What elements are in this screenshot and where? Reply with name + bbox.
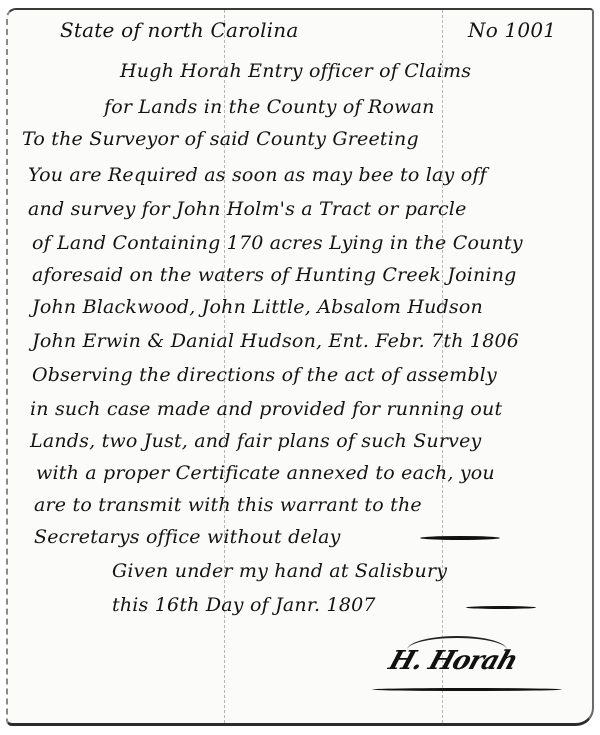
text-line-13: with a proper Certificate annexed to eac… [36, 462, 495, 484]
text-line-4: You are Required as soon as may bee to l… [28, 164, 487, 186]
text-line-1: Hugh Horah Entry officer of Claims [120, 60, 471, 82]
text-line-14: are to transmit with this warrant to the [34, 494, 422, 516]
text-line-9: John Erwin & Danial Hudson, Ent. Febr. 7… [32, 330, 519, 352]
text-line-7: aforesaid on the waters of Hunting Creek… [32, 264, 517, 286]
text-line-15: Secretarys office without delay [34, 526, 341, 548]
text-line-3: To the Surveyor of said County Greeting [22, 128, 419, 150]
flourish-mark [420, 536, 500, 540]
text-line-2: for Lands in the County of Rowan [104, 96, 435, 118]
text-line-8: John Blackwood, John Little, Absalom Hud… [32, 296, 483, 318]
signature-text: H. Horah [385, 646, 521, 676]
text-line-10: Observing the directions of the act of a… [32, 364, 497, 386]
signature: H. Horah [372, 636, 522, 696]
text-line-11: in such case made and provided for runni… [30, 398, 502, 420]
flourish-mark [466, 606, 536, 609]
closing-line-1: Given under my hand at Salisbury [112, 560, 447, 582]
state-heading: State of north Carolina [60, 18, 298, 42]
signature-underline [372, 688, 562, 691]
closing-line-2: this 16th Day of Janr. 1807 [112, 594, 376, 616]
warrant-number: No 1001 [468, 18, 556, 42]
text-line-6: of Land Containing 170 acres Lying in th… [32, 232, 523, 254]
text-line-5: and survey for John Holm's a Tract or pa… [28, 198, 467, 220]
text-line-12: Lands, two Just, and fair plans of such … [30, 430, 481, 452]
